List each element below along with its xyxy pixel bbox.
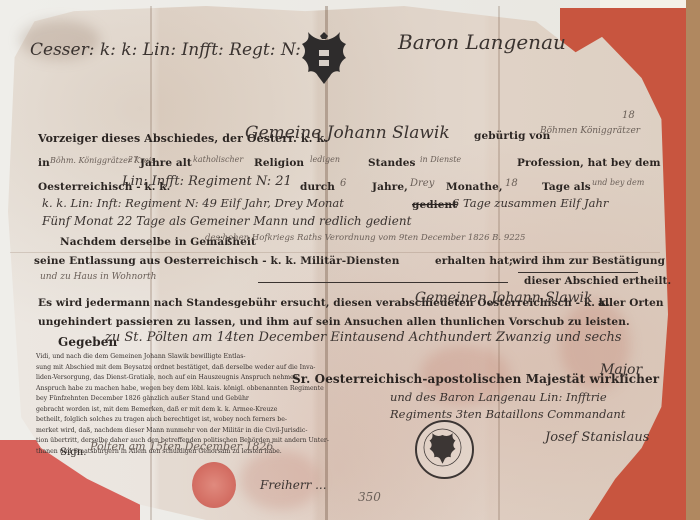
double-eagle-crest-icon: [298, 28, 350, 90]
notice-line: sung mit Abschied mit dem Beysatze ordne…: [36, 363, 329, 374]
handwritten-status: ledigen: [310, 155, 340, 164]
printed-text: Religion: [254, 157, 304, 169]
notice-line: liden-Versorgung, das Dienst-Gratiale, n…: [36, 373, 329, 384]
printed-text: Jahre alt: [140, 157, 192, 169]
printed-text: Jahre,: [372, 181, 408, 193]
handwritten-rank: Major: [600, 362, 642, 378]
printed-text: aller Orten: [598, 297, 664, 309]
printed-text: gebürtig von: [474, 130, 550, 142]
notice-line: bey Fünfzehnten December 1826 gänzlich a…: [36, 394, 329, 405]
handwritten-years: 6: [340, 178, 346, 189]
handwritten-sign-date: Pölten am 15ten December 1826: [90, 440, 273, 453]
paper-fold: [10, 252, 660, 253]
handwritten-months: Drey: [410, 178, 434, 189]
printed-text: seine Entlassung aus Oesterreichisch - k…: [34, 255, 399, 267]
printed-text: Tage als: [542, 181, 591, 193]
printed-text: dieser Abschied ertheilt.: [524, 275, 671, 287]
regiment-header: Cesser: k: k: Lin: Infft: Regt: N: 49: [30, 40, 328, 60]
printed-struck-text: gedient: [412, 199, 457, 211]
printed-text: Profession, hat bey dem: [517, 157, 661, 169]
printed-text: durch: [300, 181, 335, 193]
notice-line: betheilt, folglich solches zu tragen auc…: [36, 415, 329, 426]
printed-text: erhalten hat;: [435, 255, 513, 267]
handwritten-residence: und zu Haus in Wohnorth: [40, 272, 156, 282]
printed-text: Monathe,: [446, 181, 503, 193]
ink-stamp: [415, 420, 474, 479]
handwritten-text: und bey dem: [592, 178, 644, 187]
notice-line: gebracht worden ist, mit dem Bemerken, d…: [36, 405, 329, 416]
notice-line: Vidi, und nach die dem Gemeinen Johann S…: [36, 352, 329, 363]
handwritten-title-line: Regiments 3ten Bataillons Commandant: [390, 407, 625, 421]
soldier-name-repeat: Gemeinen Johann Slawik: [415, 290, 593, 306]
printed-text: in: [38, 157, 50, 169]
handwritten-title-line: und des Baron Langenau Lin: Infftrie: [390, 390, 607, 404]
wax-seal: [192, 462, 236, 508]
handwritten-service-total: Fünf Monat 22 Tage als Gemeiner Mann und…: [42, 214, 411, 228]
double-eagle-stamp-icon: [417, 422, 468, 473]
handwritten-total: 6 Tage zusammen Eilf Jahr: [452, 196, 608, 210]
form-rule: [258, 282, 508, 283]
handwritten-days: 18: [505, 178, 518, 189]
handwritten-decree: des hohen Hofkriegs Raths Verordnung vom…: [205, 233, 525, 243]
sign-label: Sign.: [60, 447, 87, 458]
top-right-number: 18: [622, 110, 635, 121]
commander-header: Baron Langenau: [398, 30, 566, 54]
printed-text: ungehindert passieren zu lassen, und ihm…: [38, 316, 630, 328]
printed-text: Standes: [368, 157, 416, 169]
handwritten-religion: katholischer: [193, 155, 243, 164]
left-signature: Freiherr ...: [260, 478, 327, 492]
handwritten-origin: Böhmen Königgrätzer: [540, 126, 640, 136]
handwritten-profession: in Dienste: [420, 155, 461, 164]
notice-line: Anspruch habe zu machen habe, wegen bey …: [36, 384, 329, 395]
bottom-note: 350: [358, 490, 381, 504]
background-wood-edge: [686, 0, 700, 520]
handwritten-service: k. k. Lin: Inft: Regiment N: 49 Eilf Jah…: [42, 196, 344, 210]
printed-text: wird ihm zur Bestätigung: [512, 255, 665, 267]
major-signature: Josef Stanislaus: [545, 430, 649, 445]
form-rule: [518, 272, 638, 273]
soldier-name: Gemeine Johann Slawik: [245, 123, 450, 143]
handwritten-unit: Lin: Infft: Regiment N: 21: [122, 174, 292, 189]
handwritten-age: 27: [128, 155, 138, 164]
handwritten-place-date: zu St. Pölten am 14ten December Eintause…: [105, 330, 622, 345]
notice-line: merket wird, daß, nachdem dieser Mann nu…: [36, 426, 329, 437]
